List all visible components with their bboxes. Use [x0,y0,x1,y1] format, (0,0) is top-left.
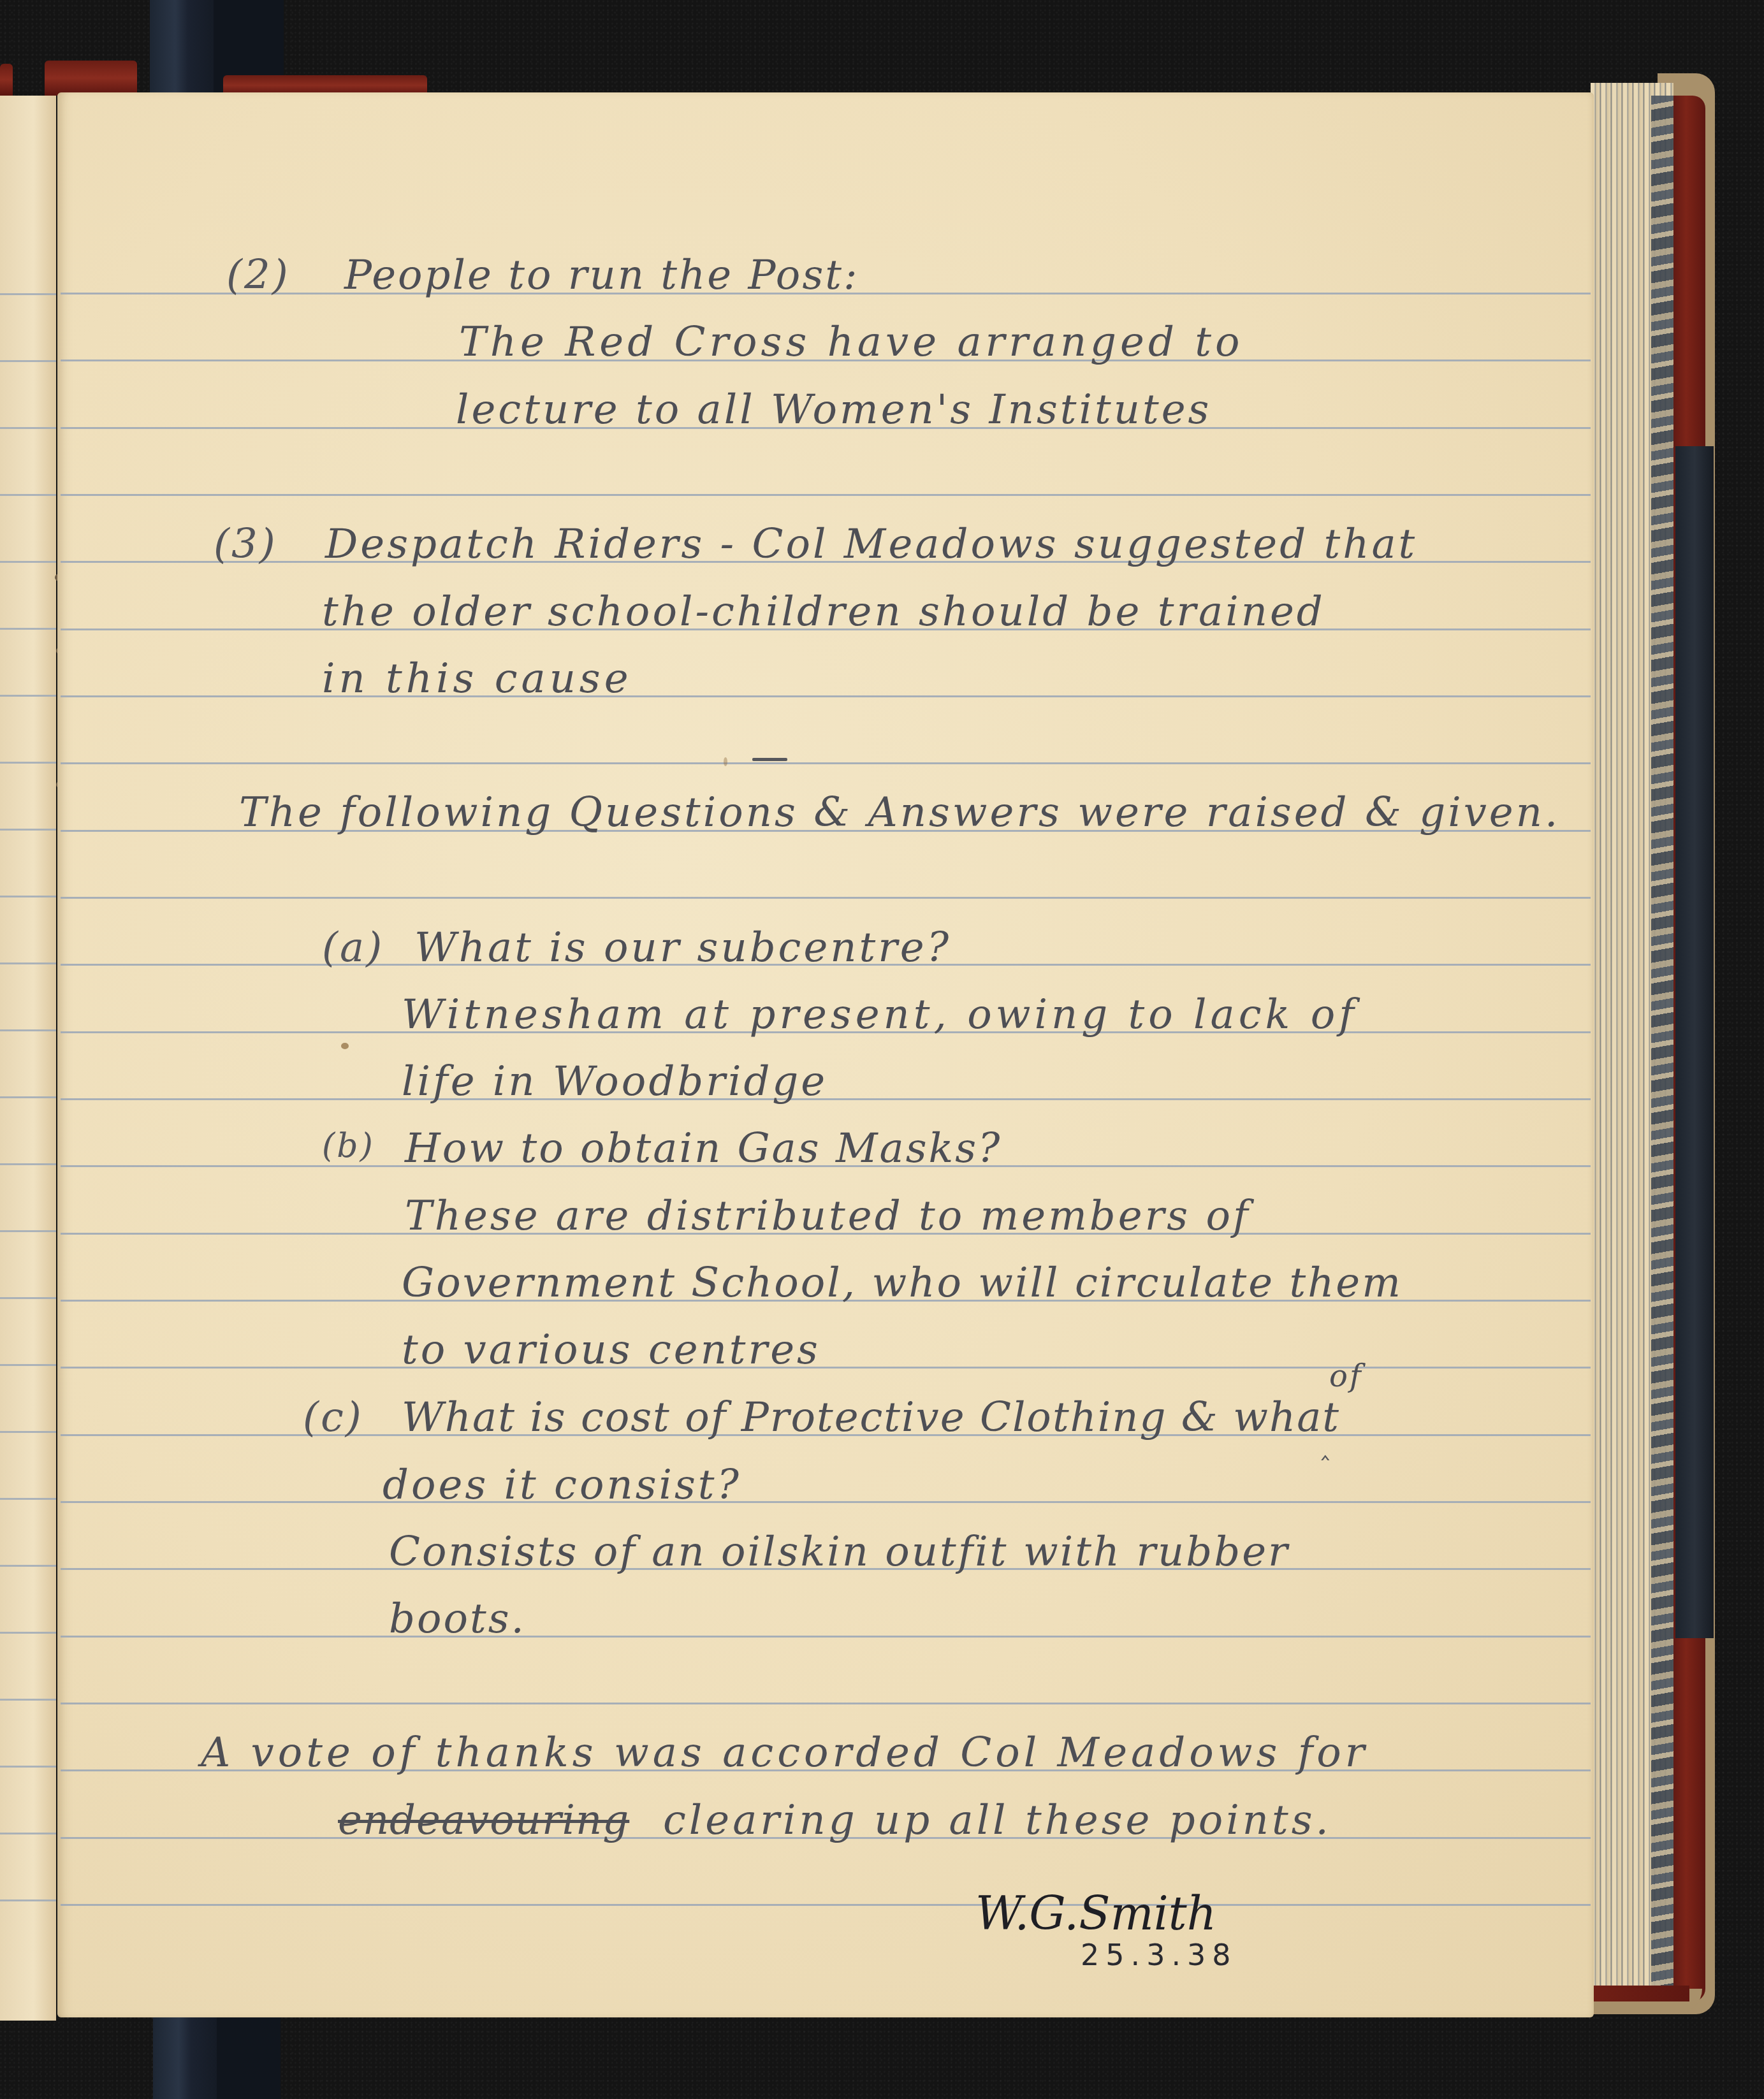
question-label: (b) [322,1129,375,1163]
item-line: the older school-children should be trai… [322,592,1325,632]
section-separator [752,758,787,761]
notebook-page [57,92,1594,2017]
answer-line: These are distributed to members of [405,1196,1251,1237]
inserted-word: of [1329,1361,1363,1391]
question-text: What is cost of Protective Clothing & wh… [402,1397,1340,1438]
item-line: in this cause [322,658,632,699]
item-line: The Red Cross have arranged to [459,322,1244,363]
marbled-edge [1651,96,1673,1989]
item-label: (3) [214,524,277,565]
item-heading: People to run the Post: [344,255,859,296]
cover-leather-top-edge [0,64,13,96]
question-text: How to obtain Gas Masks? [405,1128,1002,1169]
answer-line: life in Woodbridge [402,1061,827,1102]
qa-intro: The following Questions & Answers were r… [239,792,1560,833]
cover-leather-top-left [45,61,137,96]
signature-date: 25.3.38 [1081,1938,1237,1972]
question-text: What is our subcentre? [414,927,951,968]
answer-line: boots. [389,1599,526,1639]
question-label: (a) [322,927,384,968]
binding-spine-top [150,0,214,96]
answer-line: to various centres [402,1330,820,1370]
answer-line: Witnesham at present, owing to lack of [402,994,1358,1035]
question-text: does it consist? [383,1465,741,1506]
answer-line: Consists of an oilskin outfit with rubbe… [389,1532,1290,1572]
closing-line: clearing up all these points. [663,1800,1332,1841]
answer-line: Government School, who will circulate th… [402,1263,1403,1304]
closing-line: A vote of thanks was accorded Col Meadow… [201,1732,1368,1773]
signature: W.G.Smith [975,1887,1216,1940]
question-label: (c) [303,1397,363,1438]
paper-spot [724,757,727,766]
item-label: (2) [226,255,290,296]
left-page-edge [0,96,56,2021]
binding-spine-bottom [153,2011,217,2099]
cloth-spine-band [1675,446,1714,1638]
paper-spot [341,1043,349,1049]
insertion-caret-icon: ‸ [1321,1431,1330,1460]
struck-word: endeavouring [338,1800,629,1841]
binding-gap-bottom [217,2011,281,2099]
item-heading: Despatch Riders - Col Meadows suggested … [325,524,1417,565]
item-line: lecture to all Women's Institutes [456,389,1211,430]
